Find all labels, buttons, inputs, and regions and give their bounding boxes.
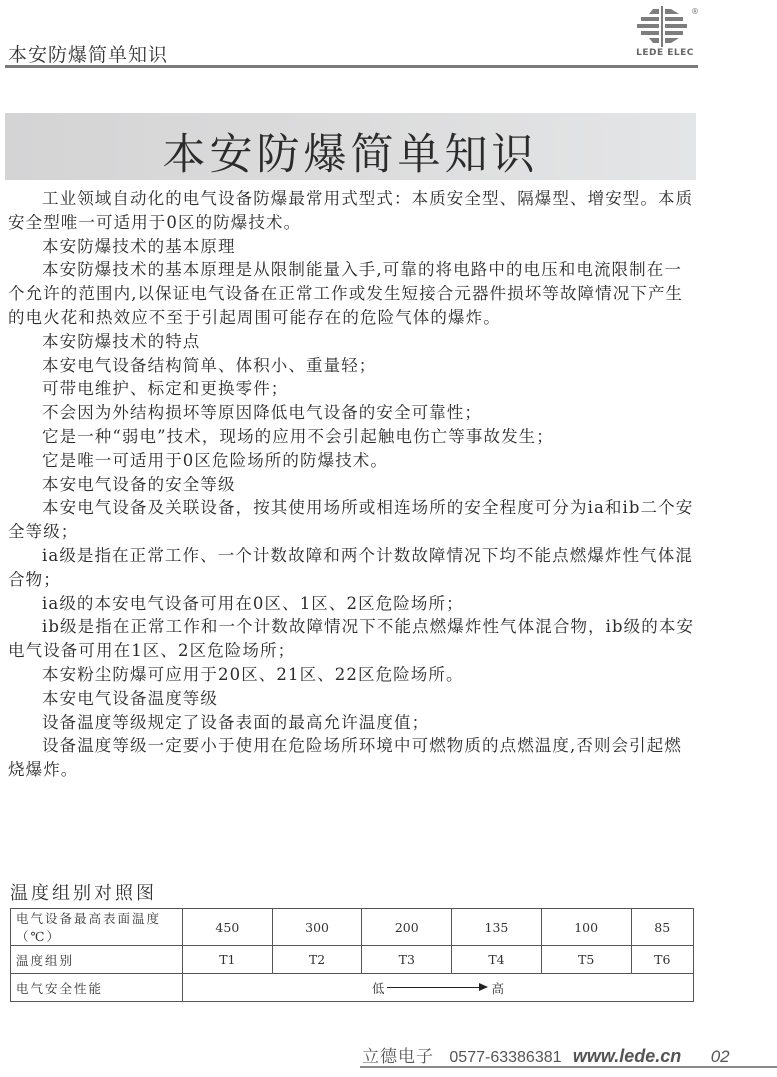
table-title: 温度组别对照图 [10,879,157,905]
header-divider [5,65,698,68]
footer-divider [360,1066,777,1068]
registered-mark: ® [691,7,699,16]
paragraph: 本安电气设备结构简单、体积小、重量轻； [8,354,698,378]
paragraph: 工业领域自动化的电气设备防爆最常用式型式：本质安全型、隔爆型、增安型。本质安全型… [8,187,698,235]
paragraph: ia级是指在正常工作、一个计数故障和两个计数故障情况下均不能点燃爆炸性气体混合物… [8,544,698,592]
footer-company: 立德电子 [362,1047,434,1067]
paragraph: ia级的本安电气设备可用在0区、1区、2区危险场所； [8,592,698,616]
lede-elec-logo: ® LEDE ELEC [625,5,705,61]
page-title: 本安防爆简单知识 [5,121,696,182]
section-heading-safety-level: 本安电气设备的安全等级 [8,473,698,497]
page-number: 02 [711,1047,730,1066]
temperature-class-table: 电气设备最高表面温度（℃） 450 300 200 135 100 85 温度组… [10,908,694,1002]
table-cell: 450 [183,909,273,946]
table-cell: 100 [541,909,631,946]
paragraph: 本安粉尘防爆可应用于20区、21区、22区危险场所。 [8,663,698,687]
row-label: 温度组别 [11,946,183,974]
running-header-title: 本安防爆简单知识 [8,40,168,67]
title-banner: 本安防爆简单知识 [5,113,696,180]
table-row: 电气设备最高表面温度（℃） 450 300 200 135 100 85 [11,909,694,946]
paragraph: 可带电维护、标定和更换零件； [8,377,698,401]
high-label: 高 [492,979,505,997]
section-heading-principle: 本安防爆技术的基本原理 [8,235,698,259]
table-cell: 85 [631,909,693,946]
table-cell: T6 [631,946,693,974]
paragraph: 不会因为外结构损坏等原因降低电气设备的安全可靠性； [8,401,698,425]
table-cell: T2 [272,946,362,974]
table-cell: T4 [452,946,542,974]
paragraph: ib级是指在正常工作和一个计数故障情况下不能点燃爆炸性气体混合物，ib级的本安电… [8,615,698,663]
table-cell: 200 [362,909,452,946]
arrow-right-icon [387,987,482,989]
paragraph: 本安电气设备及关联设备，按其使用场所或相连场所的安全程度可分为ia和ib二个安全… [8,496,698,544]
table-cell: T5 [541,946,631,974]
paragraph: 它是一种“弱电”技术，现场的应用不会引起触电伤亡等事故发生； [8,425,698,449]
safety-scale-cell: 低 高 [183,974,694,1002]
row-label: 电气安全性能 [11,974,183,1002]
article-body: 工业领域自动化的电气设备防爆最常用式型式：本质安全型、隔爆型、增安型。本质安全型… [8,187,698,782]
table-cell: T3 [362,946,452,974]
footer-phone: 0577-63386381 [449,1049,561,1066]
low-to-high-scale: 低 高 [372,979,504,997]
paragraph: 设备温度等级规定了设备表面的最高允许温度值； [8,711,698,735]
paragraph: 设备温度等级一定要小于使用在危险场所环境中可燃物质的点燃温度,否则会引起燃烧爆炸… [8,734,698,782]
table-row: 电气安全性能 低 高 [11,974,694,1002]
table-cell: 300 [272,909,362,946]
row-label: 电气设备最高表面温度（℃） [11,909,183,946]
page-footer: 立德电子 0577-63386381 www.lede.cn 02 [362,1042,730,1067]
table-cell: T1 [183,946,273,974]
section-heading-temperature-class: 本安电气设备温度等级 [8,687,698,711]
lede-elec-logo-icon: ® [625,5,705,49]
logo-text: LEDE ELEC [625,48,705,58]
paragraph: 本安防爆技术的基本原理是从限制能量入手,可靠的将电路中的电压和电流限制在一个允许… [8,258,698,329]
table-row: 温度组别 T1 T2 T3 T4 T5 T6 [11,946,694,974]
footer-url: www.lede.cn [573,1046,681,1066]
table-cell: 135 [452,909,542,946]
section-heading-features: 本安防爆技术的特点 [8,330,698,354]
low-label: 低 [372,979,385,997]
paragraph: 它是唯一可适用于0区危险场所的防爆技术。 [8,449,698,473]
